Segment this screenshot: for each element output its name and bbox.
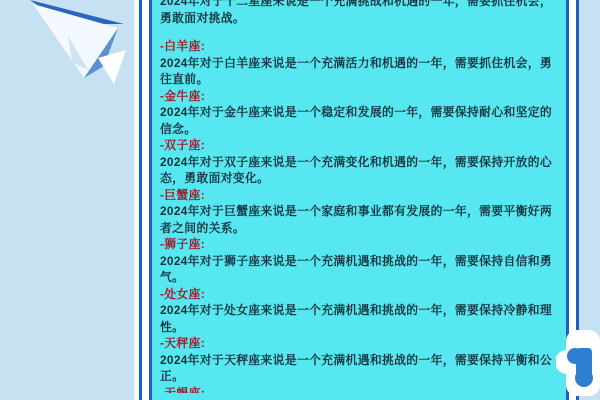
zodiac-section-header: -白羊座: bbox=[160, 38, 558, 55]
zodiac-section-header: -处女座: bbox=[160, 286, 558, 303]
zodiac-section-text: 2024年对于双子座来说是一个充满变化和机遇的一年，需要保持开放的心态，勇敢面对… bbox=[160, 154, 558, 187]
zodiac-section-text: 2024年对于处女座来说是一个充满机遇和挑战的一年，需要保持冷静和理性。 bbox=[160, 302, 558, 335]
zodiac-section-header: -狮子座: bbox=[160, 236, 558, 253]
zodiac-section: -金牛座: 2024年对于金牛座来说是一个稳定和发展的一年，需要保持耐心和坚定的… bbox=[160, 88, 558, 138]
zodiac-section: -狮子座: 2024年对于狮子座来说是一个充满机遇和挑战的一年，需要保持自信和勇… bbox=[160, 236, 558, 286]
horoscope-text-panel[interactable]: 2024年对于十二星座来说是一个充满挑战和机遇的一年，需要抓住机会，勇敢面对挑战… bbox=[149, 0, 569, 400]
zodiac-section-text: 2024年对于白羊座来说是一个充满活力和机遇的一年，需要抓住机会，勇往直前。 bbox=[160, 55, 558, 88]
zodiac-section: -天蝎座: bbox=[160, 385, 558, 394]
zodiac-section-header: -天秤座: bbox=[160, 335, 558, 352]
zodiac-section-header: -天蝎座: bbox=[160, 385, 558, 394]
origami-paper-plane-icon bbox=[28, 0, 132, 86]
zodiac-section: -天秤座: 2024年对于天秤座来说是一个充满机遇和挑战的一年，需要保持平衡和公… bbox=[160, 335, 558, 385]
zodiac-section-text: 2024年对于金牛座来说是一个稳定和发展的一年，需要保持耐心和坚定的信念。 bbox=[160, 104, 558, 137]
zodiac-section-text: 2024年对于狮子座来说是一个充满机遇和挑战的一年，需要保持自信和勇气。 bbox=[160, 253, 558, 286]
zodiac-section: -巨蟹座: 2024年对于巨蟹座来说是一个家庭和事业都有发展的一年，需要平衡好两… bbox=[160, 187, 558, 237]
zodiac-article-page: 2024年对于十二星座来说是一个充满挑战和机遇的一年，需要抓住机会，勇敢面对挑战… bbox=[0, 0, 600, 400]
puzzle-piece-icon bbox=[556, 328, 600, 400]
zodiac-section-text: 2024年对于巨蟹座来说是一个家庭和事业都有发展的一年，需要平衡好两者之间的关系… bbox=[160, 203, 558, 236]
zodiac-section-text: 2024年对于天秤座来说是一个充满机遇和挑战的一年，需要保持平衡和公正。 bbox=[160, 352, 558, 385]
zodiac-section: -处女座: 2024年对于处女座来说是一个充满机遇和挑战的一年，需要保持冷静和理… bbox=[160, 286, 558, 336]
intro-text: 2024年对于十二星座来说是一个充满挑战和机遇的一年，需要抓住机会，勇敢面对挑战… bbox=[160, 0, 552, 25]
zodiac-section-header: -巨蟹座: bbox=[160, 187, 558, 204]
zodiac-section-header: -金牛座: bbox=[160, 88, 558, 105]
horoscope-text-content: 2024年对于十二星座来说是一个充满挑战和机遇的一年，需要抓住机会，勇敢面对挑战… bbox=[160, 0, 558, 393]
zodiac-section: -双子座: 2024年对于双子座来说是一个充满变化和机遇的一年，需要保持开放的心… bbox=[160, 137, 558, 187]
intro-paragraph: 2024年对于十二星座来说是一个充满挑战和机遇的一年，需要抓住机会，勇敢面对挑战… bbox=[160, 0, 558, 26]
zodiac-section: -白羊座: 2024年对于白羊座来说是一个充满活力和机遇的一年，需要抓住机会，勇… bbox=[160, 38, 558, 88]
zodiac-section-header: -双子座: bbox=[160, 137, 558, 154]
